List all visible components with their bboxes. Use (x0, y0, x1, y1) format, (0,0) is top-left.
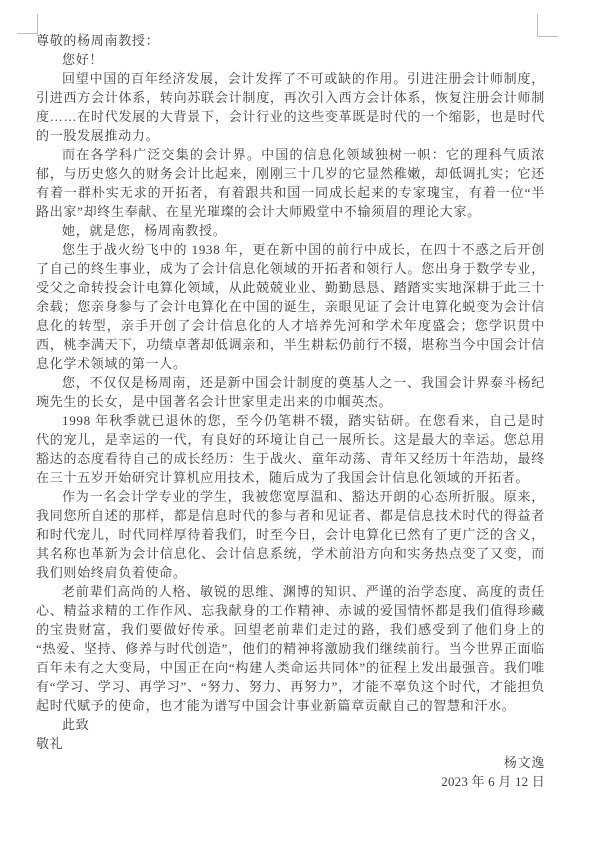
signature-block: 杨文逸 2023 年 6 月 12 日 (36, 753, 545, 791)
letter-salutation: 尊敬的杨周南教授： (36, 31, 545, 50)
margin-crop-mark-top-left-horizontal (17, 33, 38, 34)
letter-paragraph: 而在各学科广泛交集的会计界。中国的信息化领域独树一帜：它的理科气质浓郁，与历史悠… (36, 145, 545, 221)
letter-page: 尊敬的杨周南教授： 您好！ 回望中国的百年经济发展，会计发挥了不可或缺的作用。引… (0, 0, 599, 862)
letter-paragraph: 老前辈们高尚的人格、敏锐的思维、渊博的知识、严谨的治学态度、高度的责任心、精益求… (36, 582, 545, 715)
letter-paragraph: 回望中国的百年经济发展，会计发挥了不可或缺的作用。引进注册会计师制度，引进西方会… (36, 69, 545, 145)
letter-paragraph: 作为一名会计学专业的学生，我被您宽厚温和、豁达开朗的心态所折服。原来，我同您所自… (36, 487, 545, 582)
letter-paragraph: 您生于战火纷飞中的 1938 年，更在新中国的前行中成长，在四十不惑之后开创了自… (36, 240, 545, 373)
letter-paragraphs: 回望中国的百年经济发展，会计发挥了不可或缺的作用。引进注册会计师制度，引进西方会… (36, 69, 545, 715)
letter-body: 尊敬的杨周南教授： 您好！ 回望中国的百年经济发展，会计发挥了不可或缺的作用。引… (36, 31, 545, 791)
signature-date: 2023 年 6 月 12 日 (36, 772, 545, 791)
letter-paragraph: 1998 年秋季就已退休的您，至今仍笔耕不辍，踏实钻研。在您看来，自己是时代的宠… (36, 411, 545, 487)
document-page: { "letter": { "salutation": "尊敬的杨周南教授：",… (0, 0, 599, 862)
signature-name: 杨文逸 (36, 753, 545, 772)
letter-closing-cizhi: 此致 (36, 715, 545, 734)
letter-paragraph: 您，不仅仅是杨周南，还是新中国会计制度的奠基人之一、我国会计界泰斗杨纪琬先生的长… (36, 373, 545, 411)
letter-paragraph: 她，就是您，杨周南教授。 (36, 221, 545, 240)
letter-closing-jingli: 敬礼 (36, 734, 545, 753)
letter-greeting: 您好！ (36, 50, 545, 69)
